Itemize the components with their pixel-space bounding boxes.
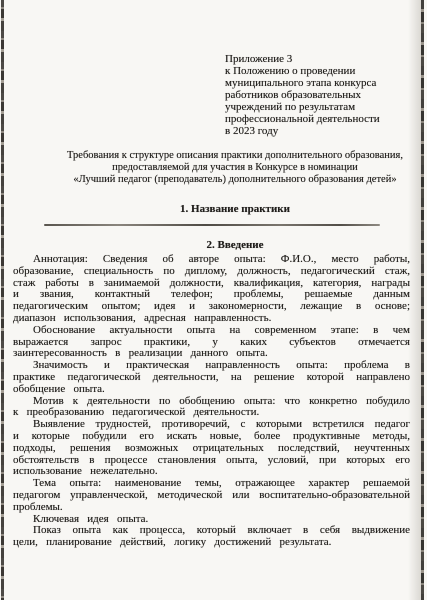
body-paragraph-difficulties: Выявление трудностей, противоречий, с ко… xyxy=(13,419,410,478)
document-title: Требования к структуре описания практики… xyxy=(60,150,410,186)
section-2-heading: 2. Введение xyxy=(60,239,410,251)
body-paragraph-process: Показ опыта как процесса, который включа… xyxy=(13,525,410,549)
body-paragraph-topic: Тема опыта: наименование темы, отражающе… xyxy=(13,478,410,513)
appendix-header-line: к Положению о проведении xyxy=(225,65,380,77)
appendix-header-line: муниципального этапа конкурса xyxy=(225,77,380,89)
scanned-document-page: Приложение 3 к Положению о проведении му… xyxy=(0,0,427,600)
body-paragraph-annotation: Аннотация: Сведения об авторе опыта: Ф.И… xyxy=(13,254,410,325)
document-title-line: предоставляемой для участия в Конкурсе в… xyxy=(60,162,410,174)
section-1-heading: 1. Название практики xyxy=(60,203,410,215)
appendix-header-line: работников образовательных xyxy=(225,89,380,101)
appendix-header: Приложение 3 к Положению о проведении му… xyxy=(225,53,380,137)
body-paragraph-significance: Значимость и практическая направленность… xyxy=(13,360,410,395)
document-title-line: «Лучший педагог (преподаватель) дополнит… xyxy=(60,174,410,186)
body-paragraph-motive: Мотив к деятельности по обобщению опыта:… xyxy=(13,396,410,420)
appendix-header-line: профессиональной деятельности xyxy=(225,113,380,125)
scan-edge-right xyxy=(421,0,424,600)
appendix-header-line: учреждений по результатам xyxy=(225,101,380,113)
document-title-line: Требования к структуре описания практики… xyxy=(60,150,410,162)
practice-name-fill-in-line xyxy=(44,224,380,226)
appendix-header-line: Приложение 3 xyxy=(225,53,380,65)
scan-edge-left xyxy=(1,0,4,600)
body-paragraph-relevance: Обоснование актуальности опыта на соврем… xyxy=(13,325,410,360)
section-2-body: Аннотация: Сведения об авторе опыта: Ф.И… xyxy=(13,254,410,549)
appendix-header-line: в 2023 году xyxy=(225,125,380,137)
